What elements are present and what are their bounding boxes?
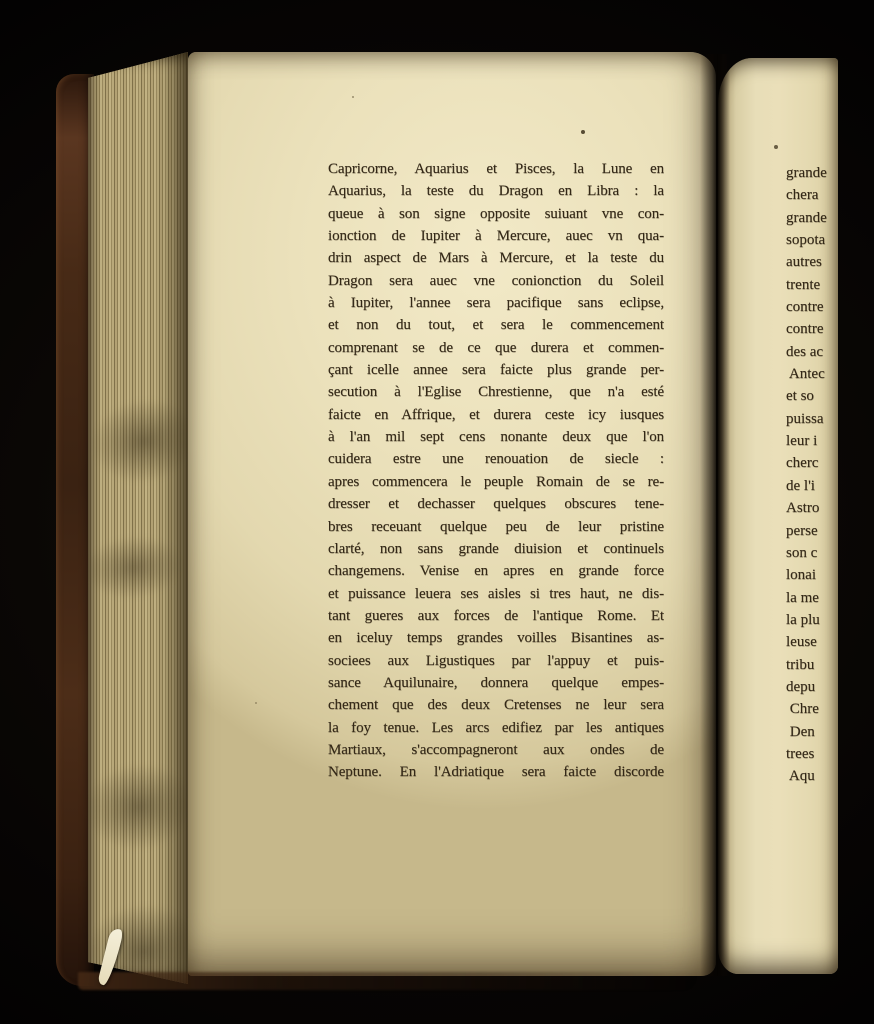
stack-ink-smudge [80,888,198,1015]
text-fragment: grande [786,162,838,184]
text-fragment: autres [786,251,838,273]
text-fragment: sopota [786,229,838,251]
text-fragment: trees [786,743,838,765]
text-line: Aquarius, la teste du Dragon en Libra : … [328,180,664,202]
text-fragment: Chre [786,698,838,720]
text-line: sance Aquilunaire, donnera quelque empes… [328,672,664,694]
text-fragment: contre [786,296,838,318]
book-photograph: Capricorne, Aquarius et Pisces, la Lune … [0,0,874,1024]
text-fragment: Aqu [786,765,838,787]
text-fragment: tribu [786,654,838,676]
text-fragment: trente [786,274,838,296]
text-line: et puissance leuera ses aisles si tres h… [328,583,664,605]
text-fragment: contre [786,318,838,340]
stack-ink-smudge [74,373,203,510]
text-line: apres commencera le peuple Romain de se … [328,471,664,493]
left-page-text-block: Capricorne, Aquarius et Pisces, la Lune … [328,158,664,784]
text-fragment: la plu [786,609,838,631]
text-line: Dragon sera auec vne conionction du Sole… [328,270,664,292]
text-line: çant icelle annee sera faicte plus grand… [328,359,664,381]
text-fragment: et so [786,385,838,407]
text-line: queue à son signe opposite suiuant vne c… [328,203,664,225]
text-line: changemens. Venise en apres en grande fo… [328,560,664,582]
text-line: faicte en Affrique, et durera ceste icy … [328,404,664,426]
text-fragment: lonai [786,564,838,586]
text-line: chement que des deux Cretenses ne leur s… [328,694,664,716]
text-fragment: cherc [786,452,838,474]
foxing-specks [0,0,2,2]
text-line: clarté, non sans grande diuision et cont… [328,538,664,560]
text-fragment: perse [786,520,838,542]
text-line: à l'an mil sept cens nonante deux que l'… [328,426,664,448]
text-line: secution à l'Eglise Chrestienne, que n'a… [328,381,664,403]
text-fragment: chera [786,184,838,206]
stack-ink-smudge [80,517,197,616]
text-line: bres receuant quelque peu de leur pristi… [328,516,664,538]
text-fragment: la me [786,587,838,609]
text-fragment: puissa [786,408,838,430]
left-page: Capricorne, Aquarius et Pisces, la Lune … [188,52,716,976]
text-line: ionction de Iupiter à Mercure, auec vn q… [328,225,664,247]
right-page-sliver: grandecheragrandesopotaautrestrentecontr… [718,58,838,974]
text-fragment: Antec [786,363,838,385]
text-line: Neptune. En l'Adriatique sera faicte dis… [328,761,664,783]
text-fragment: depu [786,676,838,698]
text-line: sociees aux Ligustiques par l'appuy et p… [328,650,664,672]
text-line: et non du tout, et sera le commencement [328,314,664,336]
text-fragment: de l'i [786,475,838,497]
text-line: la foy tenue. Les arcs edifiez par les a… [328,717,664,739]
text-fragment: Den [786,721,838,743]
text-line: tant gueres aux forces de l'antique Rome… [328,605,664,627]
text-fragment: leuse [786,631,838,653]
text-line: à Iupiter, l'annee sera pacifique sans e… [328,292,664,314]
text-fragment: Astro [786,497,838,519]
text-fragment: grande [786,207,838,229]
text-line: Capricorne, Aquarius et Pisces, la Lune … [328,158,664,180]
text-line: comprenant se de ce que durera et commen… [328,337,664,359]
text-line: Martiaux, s'accompagneront aux ondes de [328,739,664,761]
text-line: cuidera estre une renouation de siecle : [328,448,664,470]
fore-edge-page-stack [88,52,188,984]
text-fragment: leur i [786,430,838,452]
stack-ink-smudge [78,746,201,869]
text-fragment: son c [786,542,838,564]
text-line: drin aspect de Mars à Mercure, et la tes… [328,247,664,269]
right-page-text-block: grandecheragrandesopotaautrestrentecontr… [786,162,838,788]
bottom-cover-shadow [78,972,698,990]
text-line: dresser et dechasser quelques obscures t… [328,493,664,515]
text-line: en iceluy temps grandes voilles Bisantin… [328,627,664,649]
text-fragment: des ac [786,341,838,363]
